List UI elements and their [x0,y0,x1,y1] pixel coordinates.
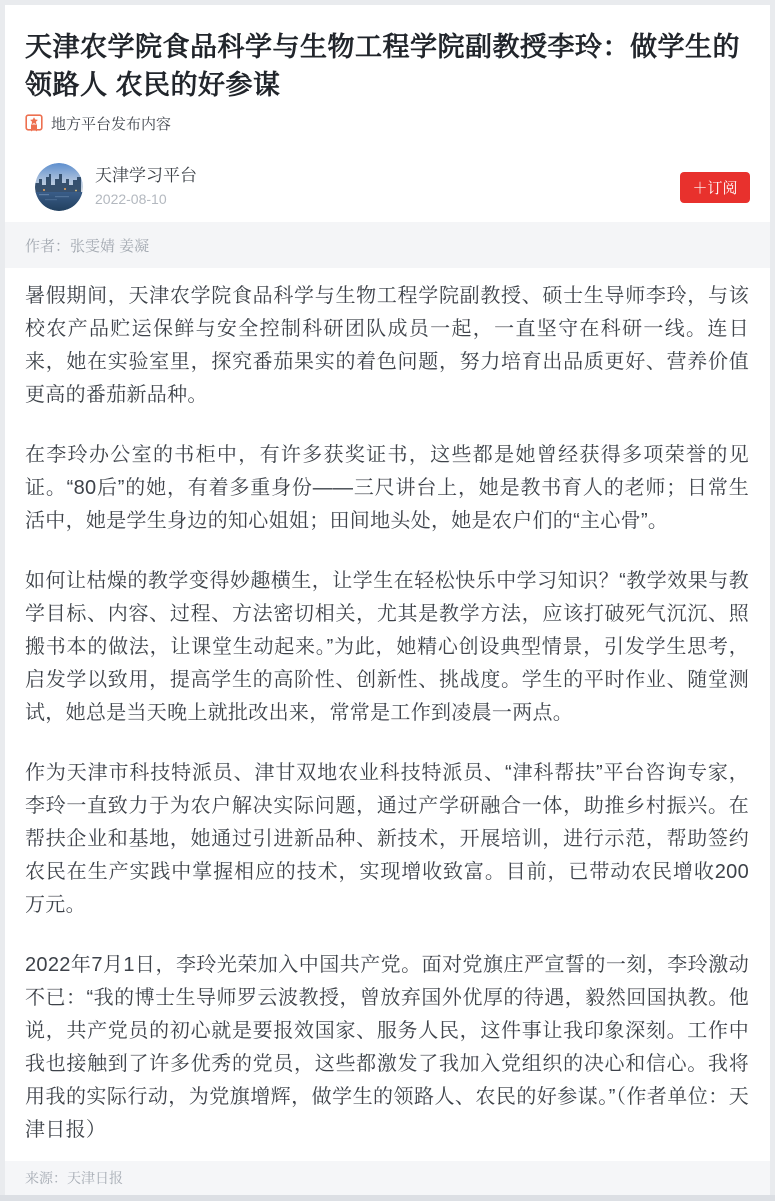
source-line: 来源：天津日报 [25,1168,123,1188]
publisher-avatar[interactable] [35,163,83,211]
publisher-name[interactable]: 天津学习平台 [95,165,197,187]
ribbon-badge-icon [25,114,43,132]
badge-label: 地方平台发布内容 [51,113,171,134]
authors-bar: 作者：张雯婧 姜凝 [5,222,770,268]
subscribe-button[interactable]: ＋订阅 [680,172,750,203]
publisher-row: 天津学习平台 2022-08-10 ＋订阅 [35,163,750,211]
publisher-info: 天津学习平台 2022-08-10 [95,165,197,209]
article-paragraph: 2022年7月1日，李玲光荣加入中国共产党。面对党旗庄严宣誓的一刻，李玲激动不已… [25,949,749,1147]
platform-badge: 地方平台发布内容 [25,113,750,133]
bottom-divider [0,1195,775,1201]
page-title: 天津农学院食品科学与生物工程学院副教授李玲：做学生的领路人 农民的好参谋 [5,5,770,104]
publish-date: 2022-08-10 [95,189,197,209]
article-paragraph: 暑假期间，天津农学院食品科学与生物工程学院副教授、硕士生导师李玲，与该校农产品贮… [25,280,749,412]
article-body: 暑假期间，天津农学院食品科学与生物工程学院副教授、硕士生导师李玲，与该校农产品贮… [5,268,770,1161]
article-paragraph: 作为天津市科技特派员、津甘双地农业科技特派员、“津科帮扶”平台咨询专家，李玲一直… [25,757,749,922]
authors-line: 作者：张雯婧 姜凝 [25,235,149,256]
article-page: { "header": { "title": "天津农学院食品科学与生物工程学院… [0,0,775,1201]
article-paragraph: 在李玲办公室的书柜中，有许多获奖证书，这些都是她曾经获得多项荣誉的见证。“80后… [25,439,749,538]
article-card: 天津农学院食品科学与生物工程学院副教授李玲：做学生的领路人 农民的好参谋 地方平… [5,5,770,1195]
article-paragraph: 如何让枯燥的教学变得妙趣横生，让学生在轻松快乐中学习知识？“教学效果与教学目标、… [25,565,749,730]
source-bar: 来源：天津日报 [5,1161,770,1195]
